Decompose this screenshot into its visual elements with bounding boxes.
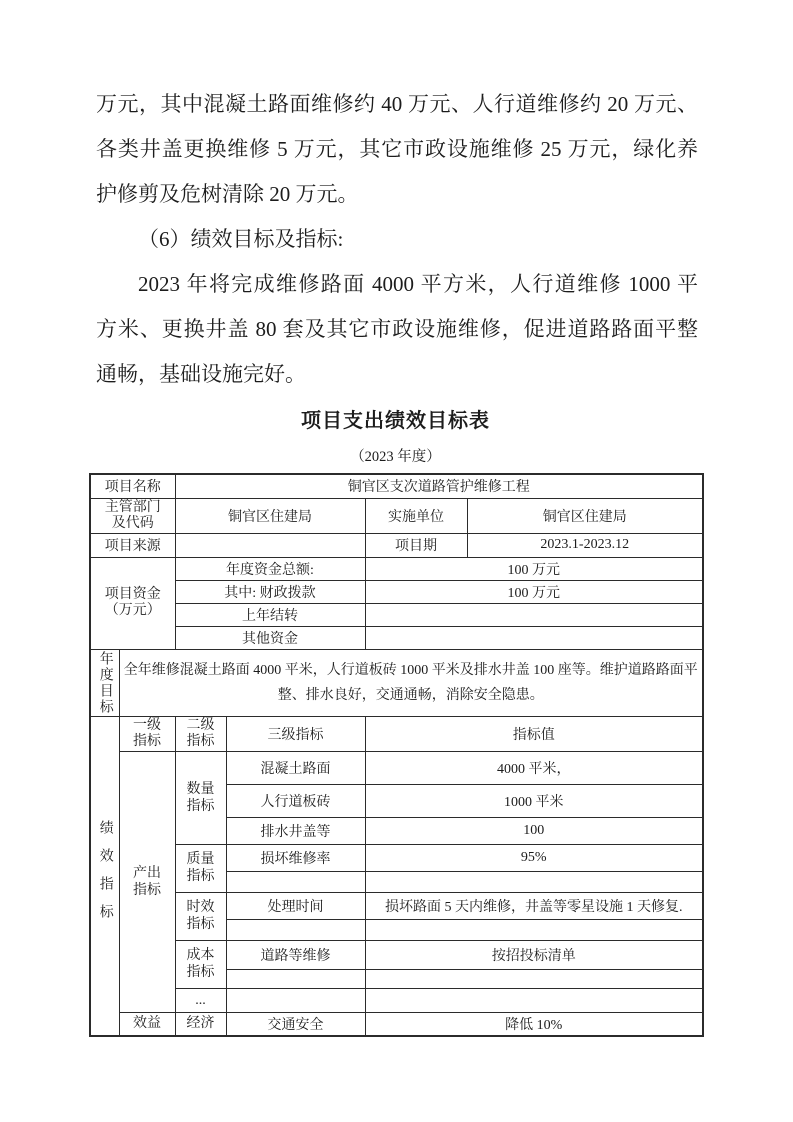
funds-row-name: 上年结转 [175, 603, 365, 626]
level1-benefit: 效益 [119, 1012, 175, 1036]
indicator-name: 排水井盖等 [226, 817, 365, 844]
indicator-value [365, 988, 703, 1012]
header-level1: 一级 指标 [119, 716, 175, 751]
annual-goal-label: 年度目标 [90, 649, 119, 716]
paragraph-line: 2023 年将完成维修路面 4000 平方米，人行道维修 1000 平 [96, 262, 698, 307]
level1-output: 产出 指标 [119, 751, 175, 1012]
funds-row-value: 100 万元 [365, 557, 703, 580]
table-title: 项目支出绩效目标表 [89, 404, 702, 433]
paragraph-line: 各类井盖更换维修 5 万元，其它市政设施维修 25 万元，绿化养 [96, 127, 698, 172]
period-value: 2023.1-2023.12 [467, 533, 703, 557]
paragraph-line: 万元，其中混凝土路面维修约 40 万元、人行道维修约 20 万元、 [96, 82, 698, 127]
dept-label: 主管部门 及代码 [90, 498, 175, 533]
indicator-name: 处理时间 [226, 892, 365, 919]
header-value: 指标值 [365, 716, 703, 751]
paragraph-line: （6）绩效目标及指标: [96, 217, 698, 262]
period-label: 项目期 [365, 533, 467, 557]
indicator-name [226, 871, 365, 892]
level2-timeliness: 时效 指标 [175, 892, 226, 940]
level2-quantity: 数量 指标 [175, 751, 226, 844]
funds-row-name: 其他资金 [175, 626, 365, 649]
level2-more: ... [175, 988, 226, 1012]
document-page: 万元，其中混凝土路面维修约 40 万元、人行道维修约 20 万元、 各类井盖更换… [0, 0, 793, 1122]
funds-row-name: 其中: 财政拨款 [175, 580, 365, 603]
performance-indicator-label: 绩效指标 [90, 716, 119, 1036]
project-name-label: 项目名称 [90, 474, 175, 498]
paragraph-line: 通畅，基础设施完好。 [96, 352, 698, 397]
indicator-value: 降低 10% [365, 1012, 703, 1036]
funds-row-value [365, 626, 703, 649]
indicator-name: 人行道板砖 [226, 784, 365, 817]
funds-label: 项目资金 （万元） [90, 557, 175, 649]
indicator-name [226, 919, 365, 940]
impl-unit-value: 铜官区住建局 [467, 498, 703, 533]
funds-row-value: 100 万元 [365, 580, 703, 603]
table-subtitle: （2023 年度） [89, 445, 702, 466]
indicator-name: 损坏维修率 [226, 844, 365, 871]
paragraph-line: 护修剪及危树清除 20 万元。 [96, 172, 698, 217]
indicator-name: 混凝土路面 [226, 751, 365, 784]
source-label: 项目来源 [90, 533, 175, 557]
funds-row-value [365, 603, 703, 626]
header-level2: 二级 指标 [175, 716, 226, 751]
indicator-name [226, 969, 365, 988]
indicator-value [365, 969, 703, 988]
indicator-name [226, 988, 365, 1012]
level2-quality: 质量 指标 [175, 844, 226, 892]
indicator-value: 1000 平米 [365, 784, 703, 817]
header-level3: 三级指标 [226, 716, 365, 751]
paragraph-line: 方米、更换井盖 80 套及其它市政设施维修，促进道路路面平整 [96, 307, 698, 352]
indicator-value: 4000 平米， [365, 751, 703, 784]
impl-unit-label: 实施单位 [365, 498, 467, 533]
source-value [175, 533, 365, 557]
performance-table-section: 项目支出绩效目标表 （2023 年度） 项目名称 铜官区支次道路管护维修工程 主… [89, 404, 702, 1037]
indicator-value: 95% [365, 844, 703, 871]
level2-cost: 成本 指标 [175, 940, 226, 988]
level2-economic: 经济 [175, 1012, 226, 1036]
indicator-value [365, 871, 703, 892]
annual-goal-text: 全年维修混凝土路面 4000 平米，人行道板砖 1000 平米及排水井盖 100… [119, 649, 703, 716]
indicator-value: 按招投标清单 [365, 940, 703, 969]
body-text: 万元，其中混凝土路面维修约 40 万元、人行道维修约 20 万元、 各类井盖更换… [96, 82, 698, 397]
indicator-value: 损坏路面 5 天内维修，井盖等零星设施 1 天修复. [365, 892, 703, 919]
dept-value: 铜官区住建局 [175, 498, 365, 533]
funds-row-name: 年度资金总额: [175, 557, 365, 580]
indicator-value [365, 919, 703, 940]
project-name-value: 铜官区支次道路管护维修工程 [175, 474, 703, 498]
indicator-name: 交通安全 [226, 1012, 365, 1036]
performance-target-table: 项目名称 铜官区支次道路管护维修工程 主管部门 及代码 铜官区住建局 实施单位 … [89, 473, 704, 1037]
indicator-name: 道路等维修 [226, 940, 365, 969]
indicator-value: 100 [365, 817, 703, 844]
